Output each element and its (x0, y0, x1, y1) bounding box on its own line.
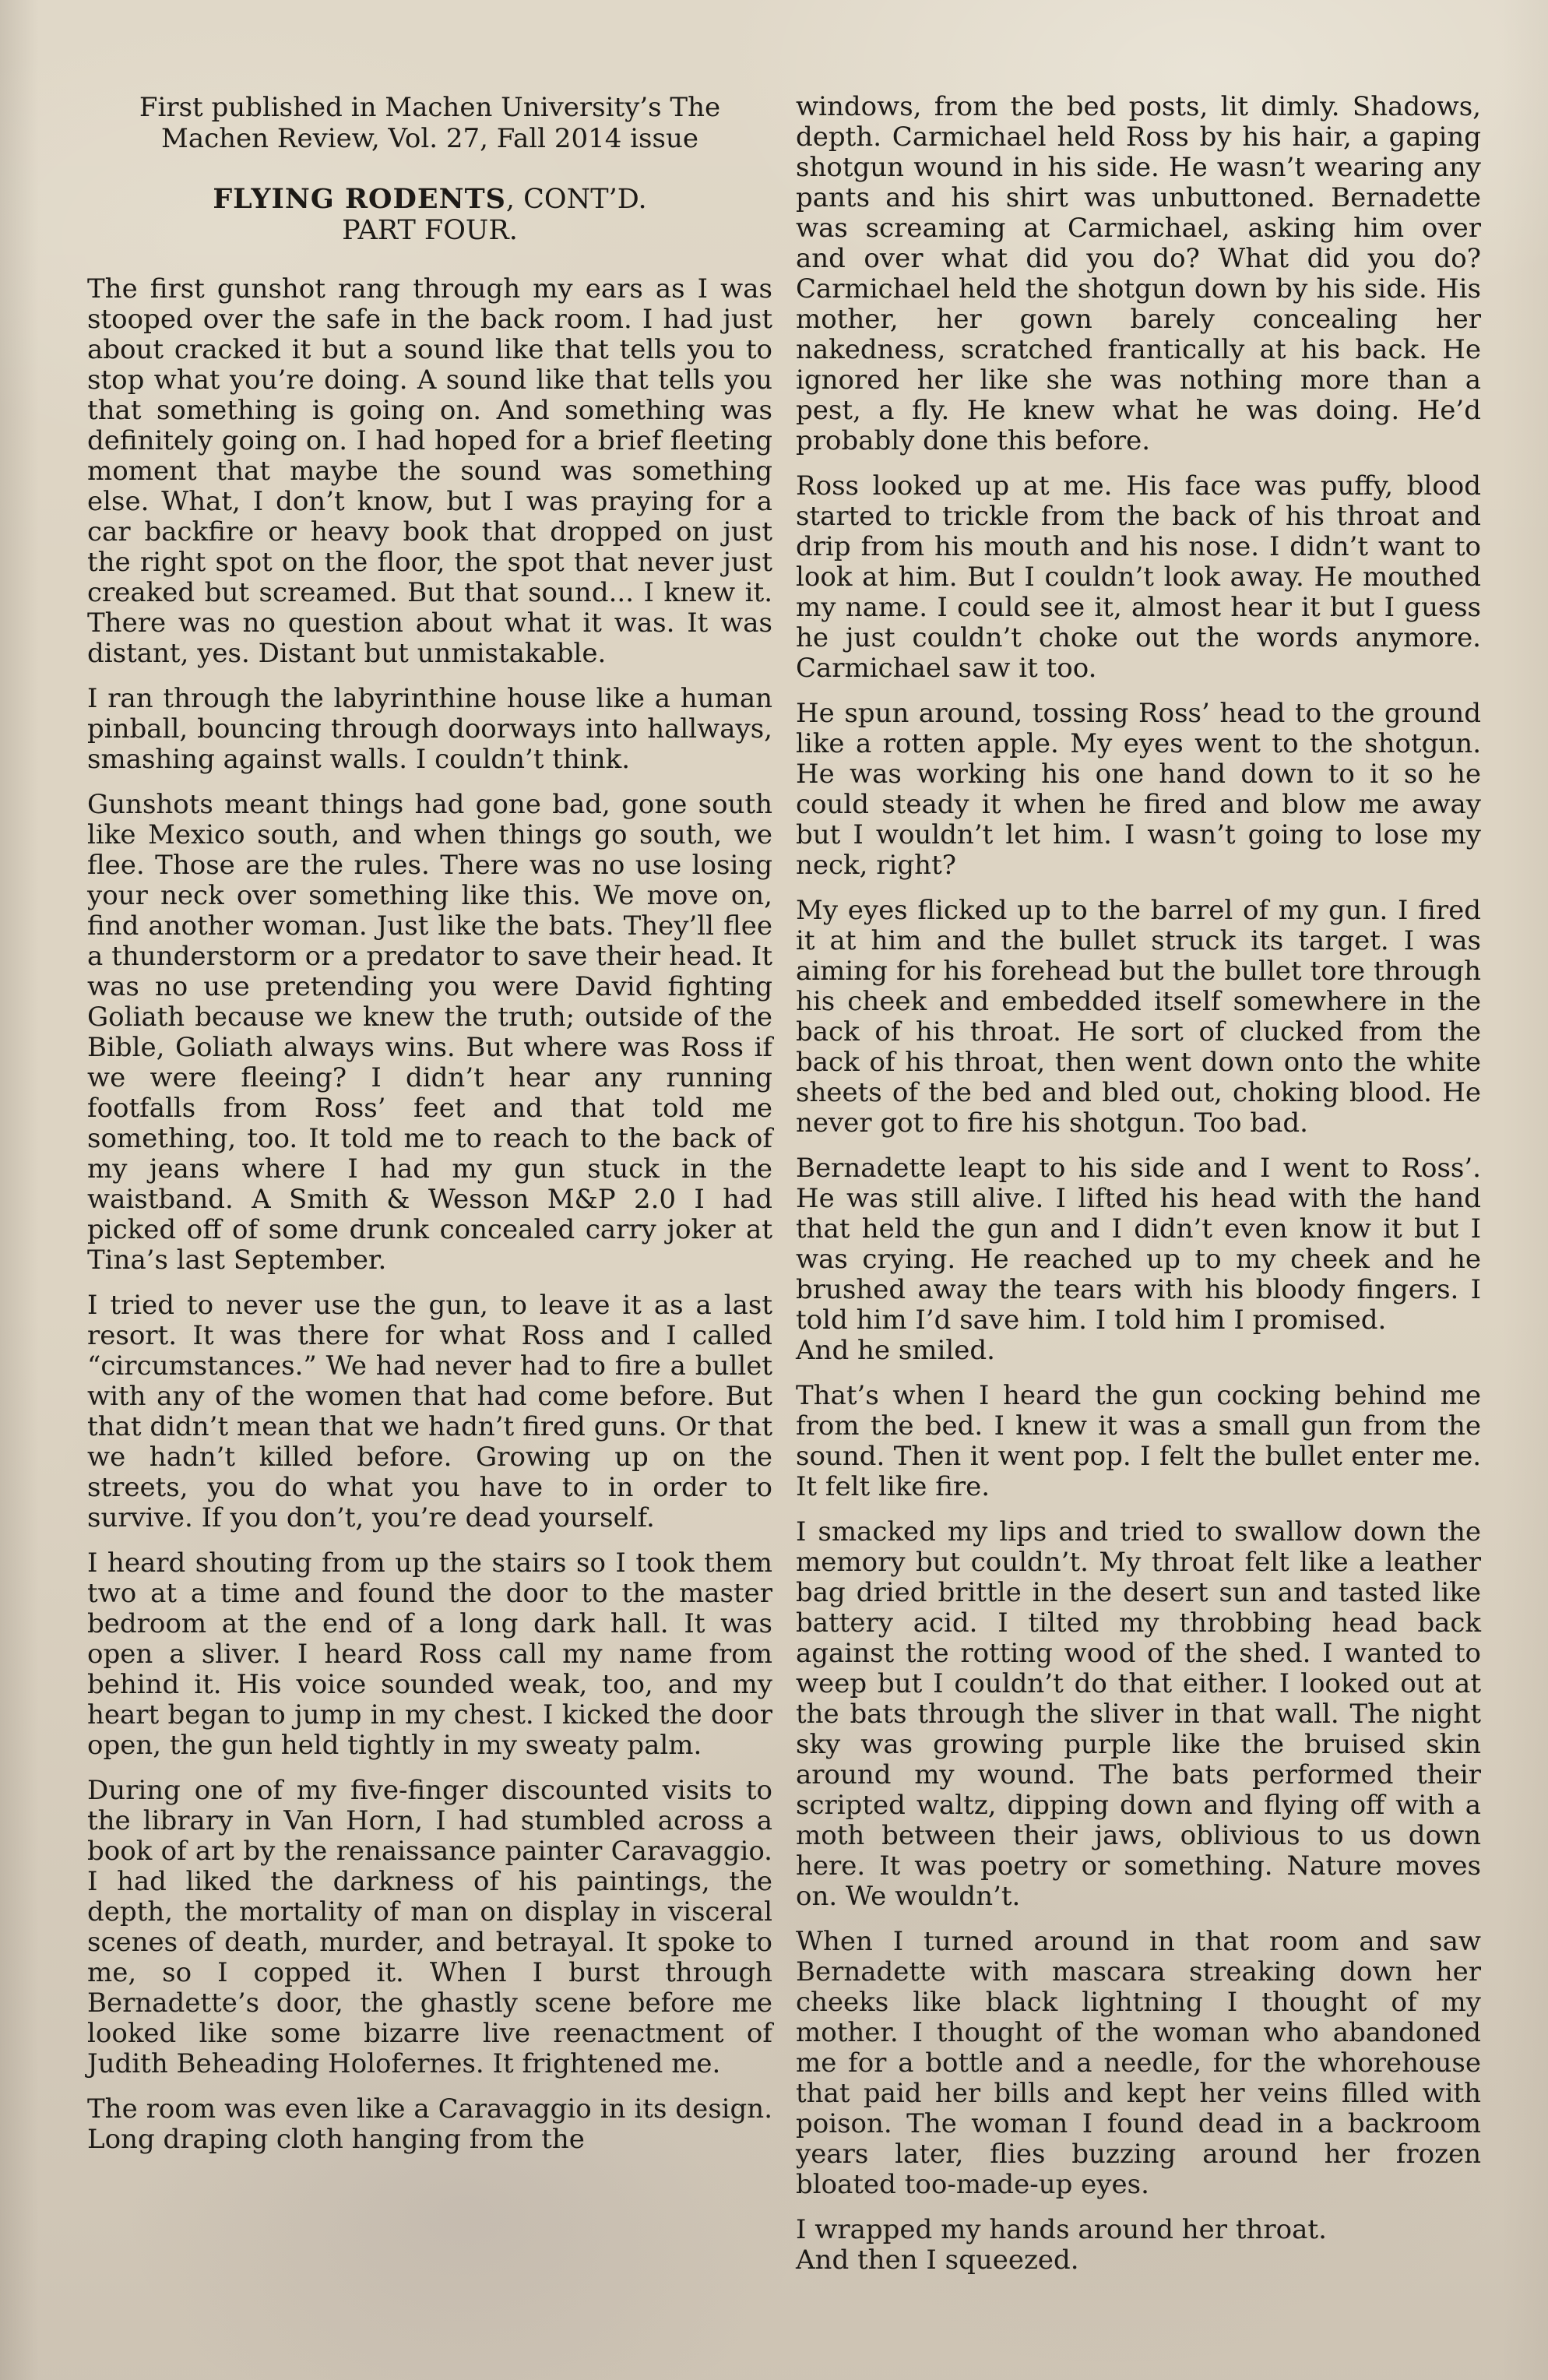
publication-note: First published in Machen University’s T… (87, 92, 772, 154)
right-column-paragraphs: windows, from the bed posts, lit dimly. … (796, 92, 1481, 2276)
story-paragraph: The first gunshot rang through my ears a… (87, 274, 772, 669)
story-paragraph: He spun around, tossing Ross’ head to th… (796, 699, 1481, 881)
magazine-story-page: First published in Machen University’s T… (0, 0, 1548, 2380)
story-paragraph: When I turned around in that room and sa… (796, 1927, 1481, 2200)
story-paragraph: That’s when I heard the gun cocking behi… (796, 1381, 1481, 1502)
story-paragraph: I heard shouting from up the stairs so I… (87, 1548, 772, 1761)
story-paragraph: During one of my five-finger discounted … (87, 1776, 772, 2079)
story-paragraph: Ross looked up at me. His face was puffy… (796, 471, 1481, 684)
story-paragraph: I ran through the labyrinthine house lik… (87, 684, 772, 775)
story-paragraph: I smacked my lips and tried to swallow d… (796, 1517, 1481, 1912)
story-paragraph: The room was even like a Caravaggio in i… (87, 2094, 772, 2155)
left-column: First published in Machen University’s T… (87, 92, 772, 2276)
story-title: FLYING RODENTS, CONT’D. (87, 184, 772, 215)
story-paragraph: I wrapped my hands around her throat.And… (796, 2215, 1481, 2276)
story-part-line: PART FOUR. (87, 215, 772, 246)
left-column-paragraphs: The first gunshot rang through my ears a… (87, 274, 772, 2155)
story-paragraph: Bernadette leapt to his side and I went … (796, 1153, 1481, 1366)
story-paragraph: I tried to never use the gun, to leave i… (87, 1290, 772, 1533)
two-column-text: First published in Machen University’s T… (87, 92, 1481, 2276)
right-column: windows, from the bed posts, lit dimly. … (796, 92, 1481, 2276)
story-title-contd: , CONT’D. (506, 184, 647, 215)
story-paragraph: windows, from the bed posts, lit dimly. … (796, 92, 1481, 456)
story-paragraph: My eyes flicked up to the barrel of my g… (796, 896, 1481, 1139)
story-paragraph: Gunshots meant things had gone bad, gone… (87, 790, 772, 1276)
story-title-name: FLYING RODENTS (213, 183, 506, 215)
